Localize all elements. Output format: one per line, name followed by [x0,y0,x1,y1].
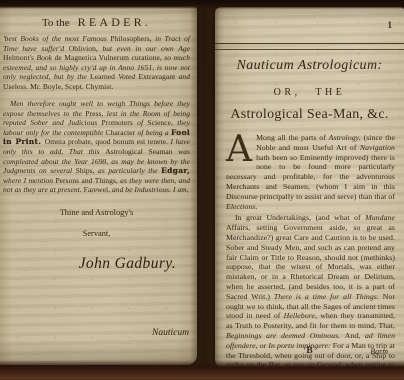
left-catchword: Nauticum [152,328,189,338]
title-main: Astrological Sea-Man, &c. [215,107,404,123]
valediction-line-2: Servant, [3,229,190,238]
book-photo: To the READER. 'best Books of the most F… [0,0,404,380]
seaman-paragraph-1: AMong all the parts of Astrology, (since… [226,133,395,211]
title-latin: Nauticum Astrologicum: [215,7,404,74]
double-rule [215,43,404,50]
valediction-line-1: Thine and Astrology's [3,208,190,217]
author-signature: John Gadbury. [3,255,190,273]
title-or-the: OR, THE [215,87,404,98]
right-page-content: 1 Nauticum Astrologicum: OR, THE Astrolo… [215,7,404,369]
page-number: 1 [388,20,393,30]
left-page-content: To the READER. 'best Books of the most F… [0,4,197,365]
reader-paragraph-1: 'best Books of the most Famous Philosoph… [3,34,190,92]
drop-cap: A [226,133,256,164]
reader-heading: To the READER. [3,13,190,31]
right-page: 1 Nauticum Astrologicum: OR, THE Astrolo… [215,7,404,369]
reader-heading-title: READER. [78,15,151,29]
reader-paragraph-2: Men therefore ought well to weigh Things… [3,99,190,195]
left-page: To the READER. 'best Books of the most F… [0,4,197,365]
right-catchword: Barm [370,347,388,356]
book-top-edge [0,0,404,9]
reader-heading-prefix: To the [42,17,70,29]
book-bottom-edge [0,360,404,380]
